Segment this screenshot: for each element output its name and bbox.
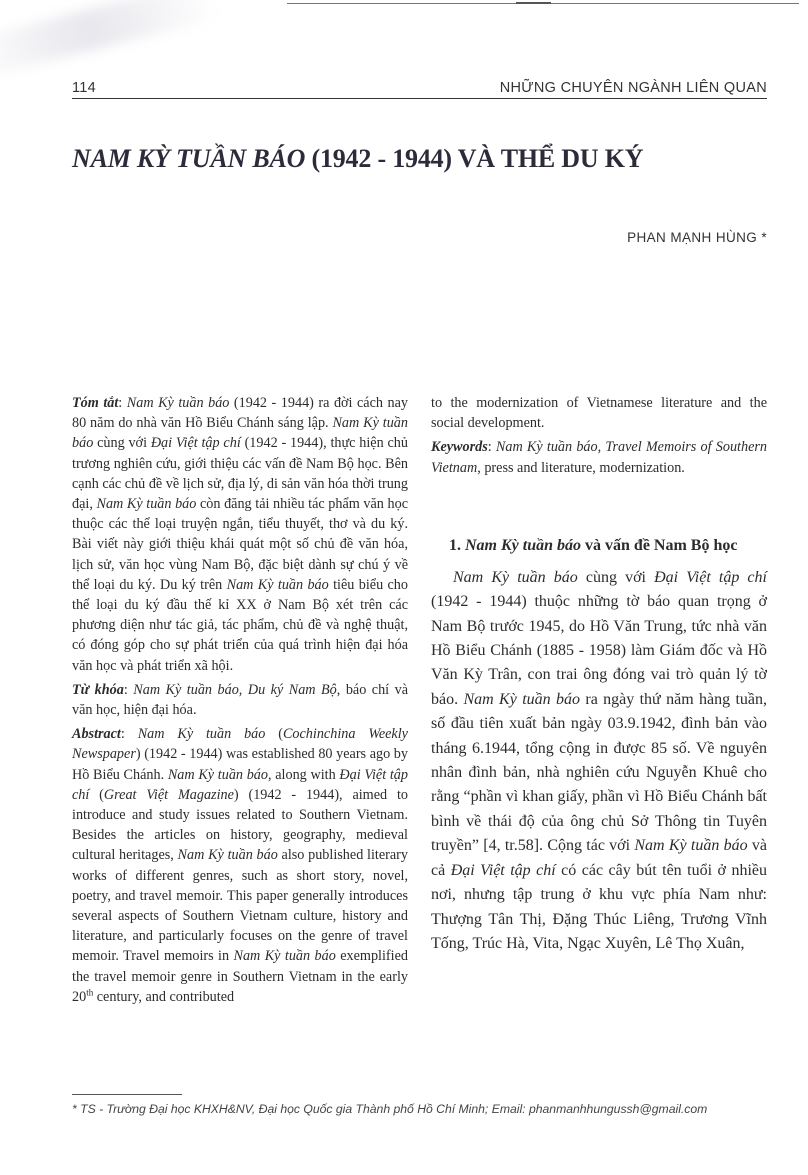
top-scan-rule-mark [516,2,551,4]
section-1-heading: 1. Nam Kỳ tuần báo và vấn đề Nam Bộ học [431,534,767,558]
left-column: Tóm tắt: Nam Kỳ tuần báo (1942 - 1944) r… [72,393,408,1011]
title-newspaper-name: NAM KỲ TUẦN BÁO [72,144,305,173]
abstract-en-tail-part1: century, and contributed [93,989,234,1005]
page-number: 114 [72,80,96,98]
abstract-english-continued: to the modernization of Vietnamese liter… [431,393,767,433]
section-title: NHỮNG CHUYÊN NGÀNH LIÊN QUAN [500,80,767,98]
keywords-english: Keywords: Nam Kỳ tuần báo, Travel Memoir… [431,437,767,477]
keywords-vietnamese: Từ khóa: Nam Kỳ tuần báo, Du ký Nam Bộ, … [72,680,408,720]
scan-artifact [0,0,221,81]
title-rest: (1942 - 1944) VÀ THỂ DU KÝ [305,144,643,173]
abstract-english: Abstract: Nam Kỳ tuần báo (Cochinchina W… [72,724,408,1007]
abstract-en-label: Abstract [72,726,121,742]
keywords-en-label: Keywords [431,439,488,455]
author-name: PHAN MẠNH HÙNG * [627,230,767,245]
article-title: NAM KỲ TUẦN BÁO (1942 - 1944) VÀ THỂ DU … [72,144,772,174]
right-column: to the modernization of Vietnamese liter… [431,393,767,960]
author-footnote: * TS - Trường Đại học KHXH&NV, Đại học Q… [72,1102,772,1116]
section-1-paragraph: Nam Kỳ tuần báo cùng với Đại Việt tập ch… [431,566,767,957]
keywords-vi-label: Từ khóa [72,682,124,698]
running-head: 114 NHỮNG CHUYÊN NGÀNH LIÊN QUAN [72,76,767,99]
abstract-vietnamese: Tóm tắt: Nam Kỳ tuần báo (1942 - 1944) r… [72,393,408,676]
footnote-rule [72,1094,182,1095]
abstract-vi-label: Tóm tắt [72,395,118,411]
abstract-en-tail-part2: to the modernization of Vietnamese liter… [431,395,767,431]
